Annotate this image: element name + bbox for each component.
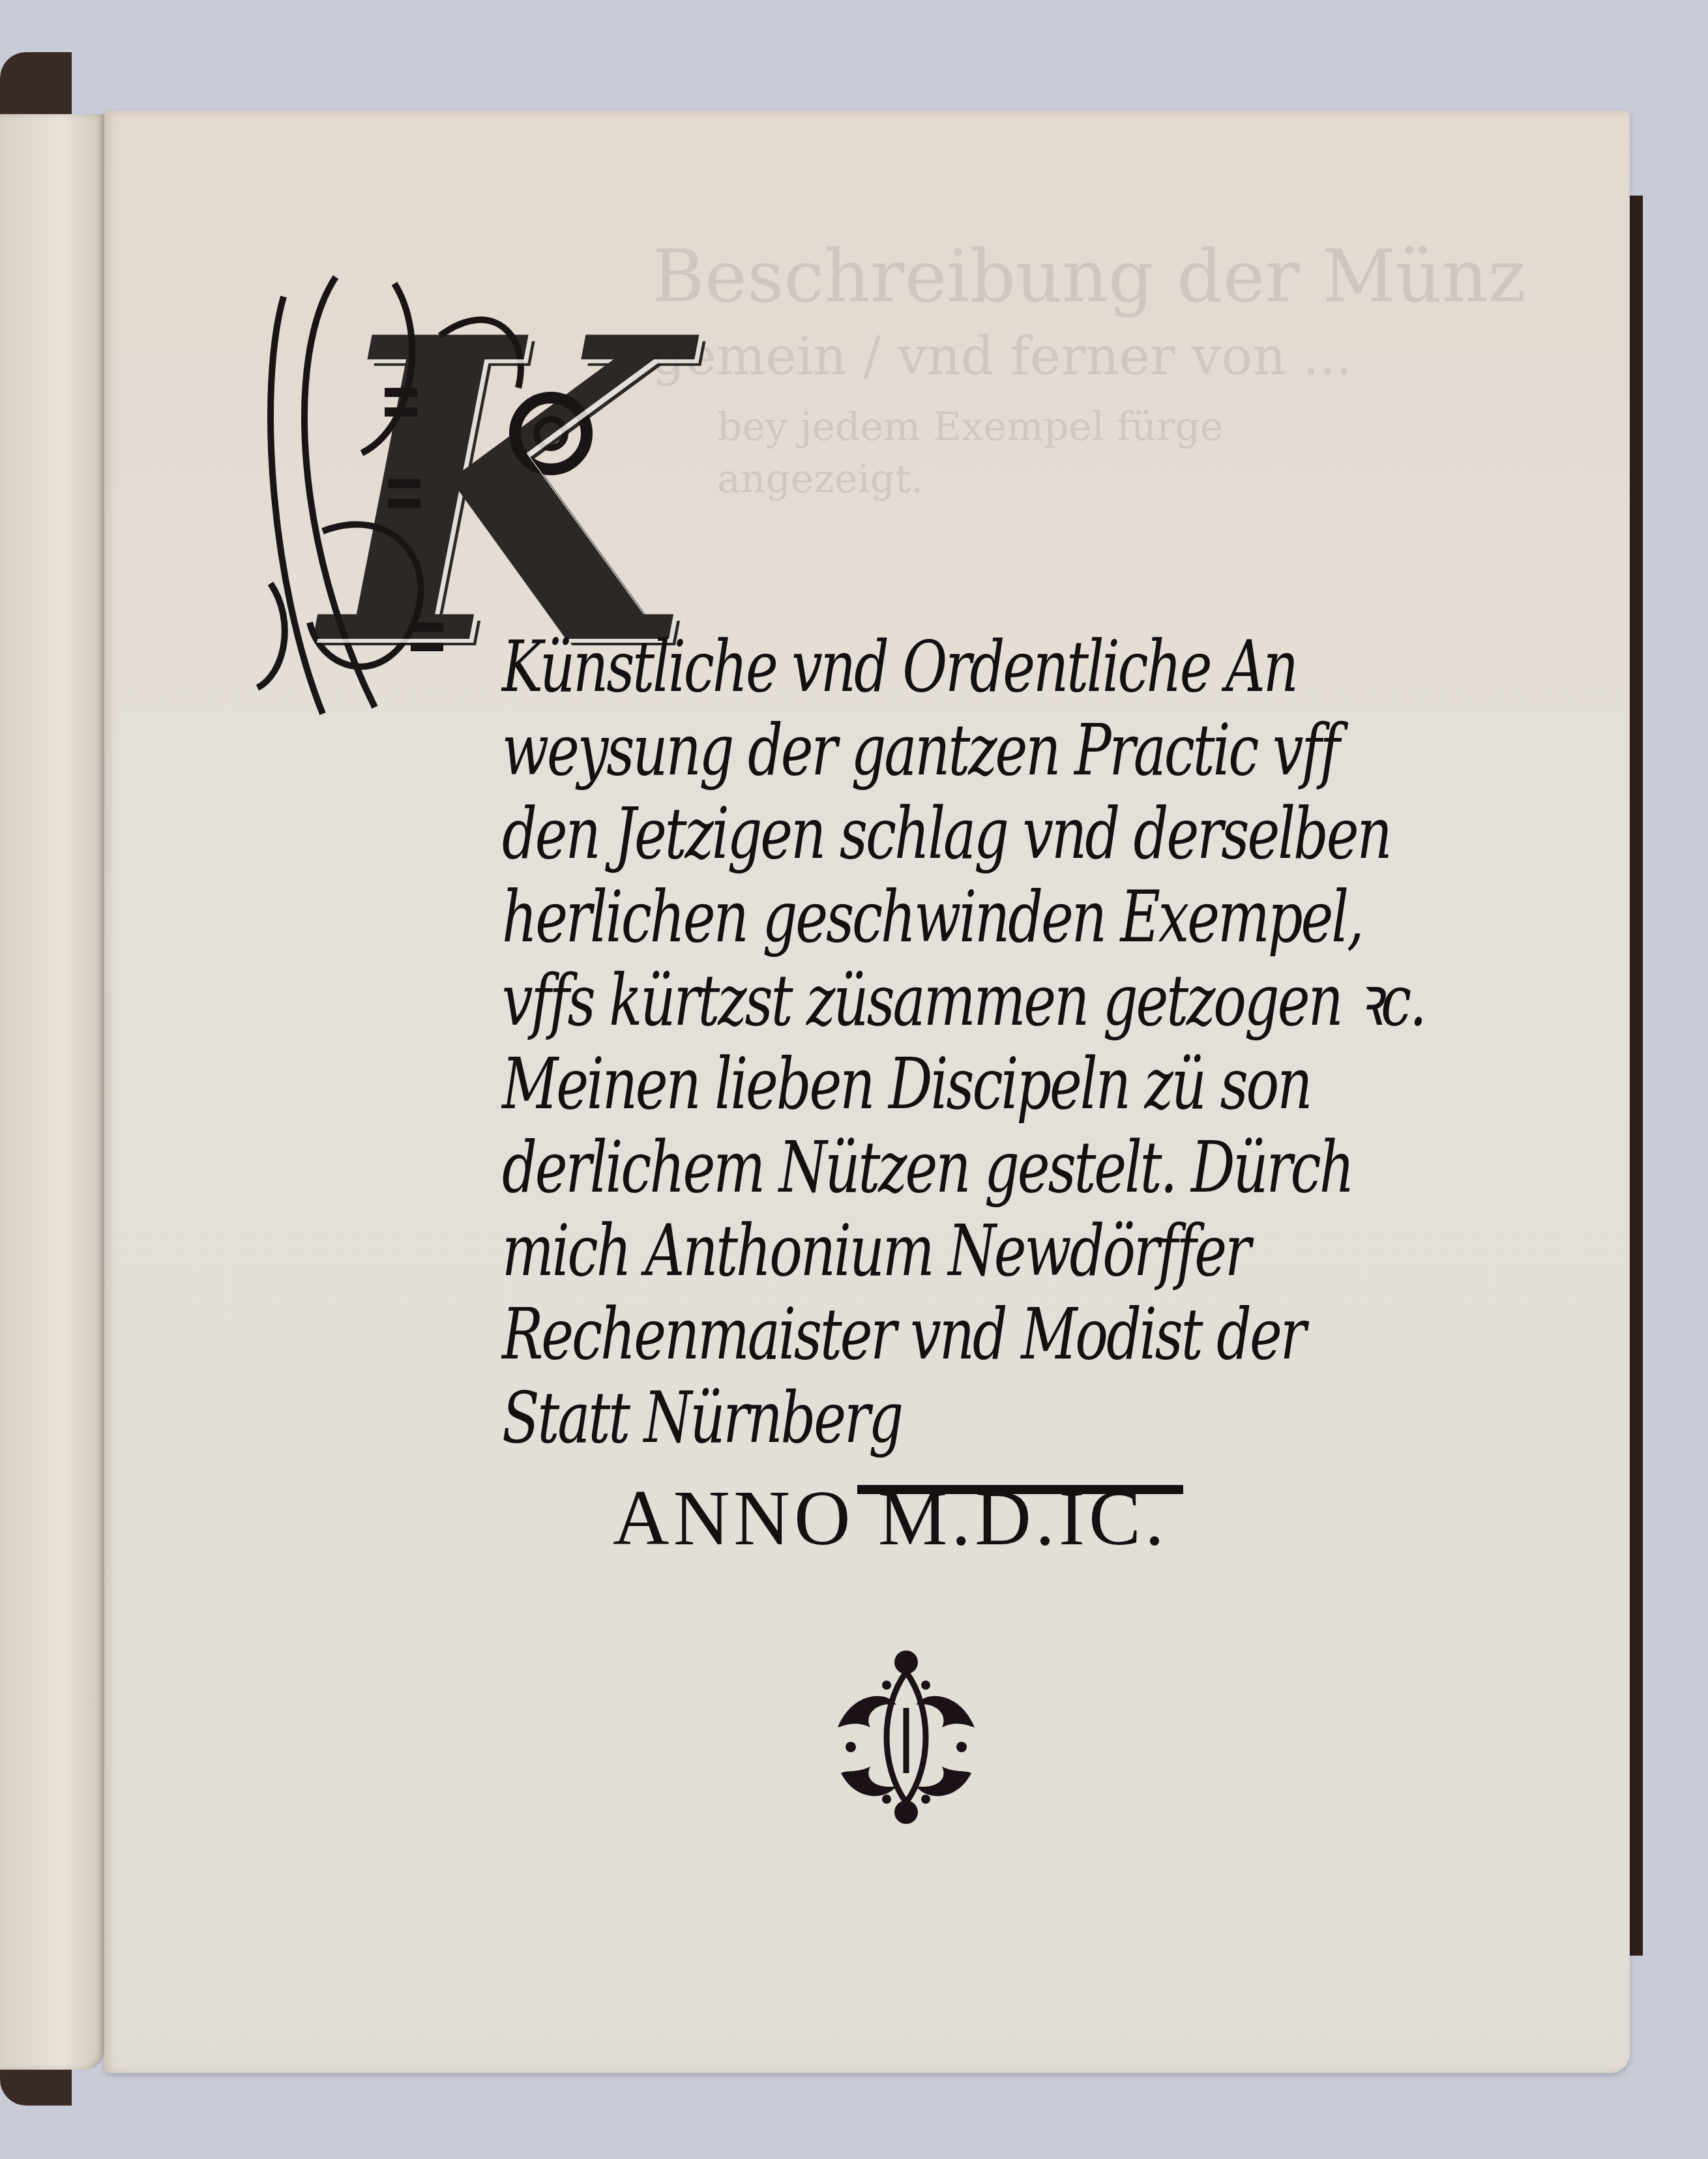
title-line: Künstliche vnd Ordentliche An	[502, 626, 1163, 709]
anno-label: ANNO	[613, 1475, 855, 1561]
title-line: derlichem Nützen gestelt. Dürch	[502, 1126, 1163, 1210]
numeral-overline	[857, 1485, 1183, 1494]
imprint-year: ANNO M.D.IC.	[613, 1473, 1168, 1563]
left-page-edge	[0, 114, 104, 2070]
bleed-through-line: gemein / vnd ferner von ...	[652, 326, 1352, 387]
title-line: den Jetzigen schlag vnd derselben	[502, 793, 1163, 876]
title-line: Statt Nürnberg	[502, 1377, 1163, 1460]
bleed-through-line: bey jedem Exempel fürge	[717, 404, 1224, 450]
title-line: Rechenmaister vnd Modist der	[502, 1293, 1163, 1377]
title-text-block: Künstliche vnd Ordentliche An weysung de…	[502, 626, 1349, 1460]
bleed-through-line: Beschreibung der Münz	[652, 235, 1526, 318]
bleed-through-line: angezeigt.	[717, 456, 923, 502]
title-line: vffs kürtzst züsammen getzogen ꝛc.	[502, 960, 1163, 1043]
fleuron-ornament-icon	[825, 1649, 988, 1825]
title-line: Meinen lieben Discipeln zü son	[502, 1043, 1163, 1126]
title-line: weysung der gantzen Practic vff	[502, 709, 1163, 793]
title-line: mich Anthonium Newdörffer	[502, 1210, 1163, 1293]
title-line: herlichen geschwinden Exempel,	[502, 876, 1163, 960]
